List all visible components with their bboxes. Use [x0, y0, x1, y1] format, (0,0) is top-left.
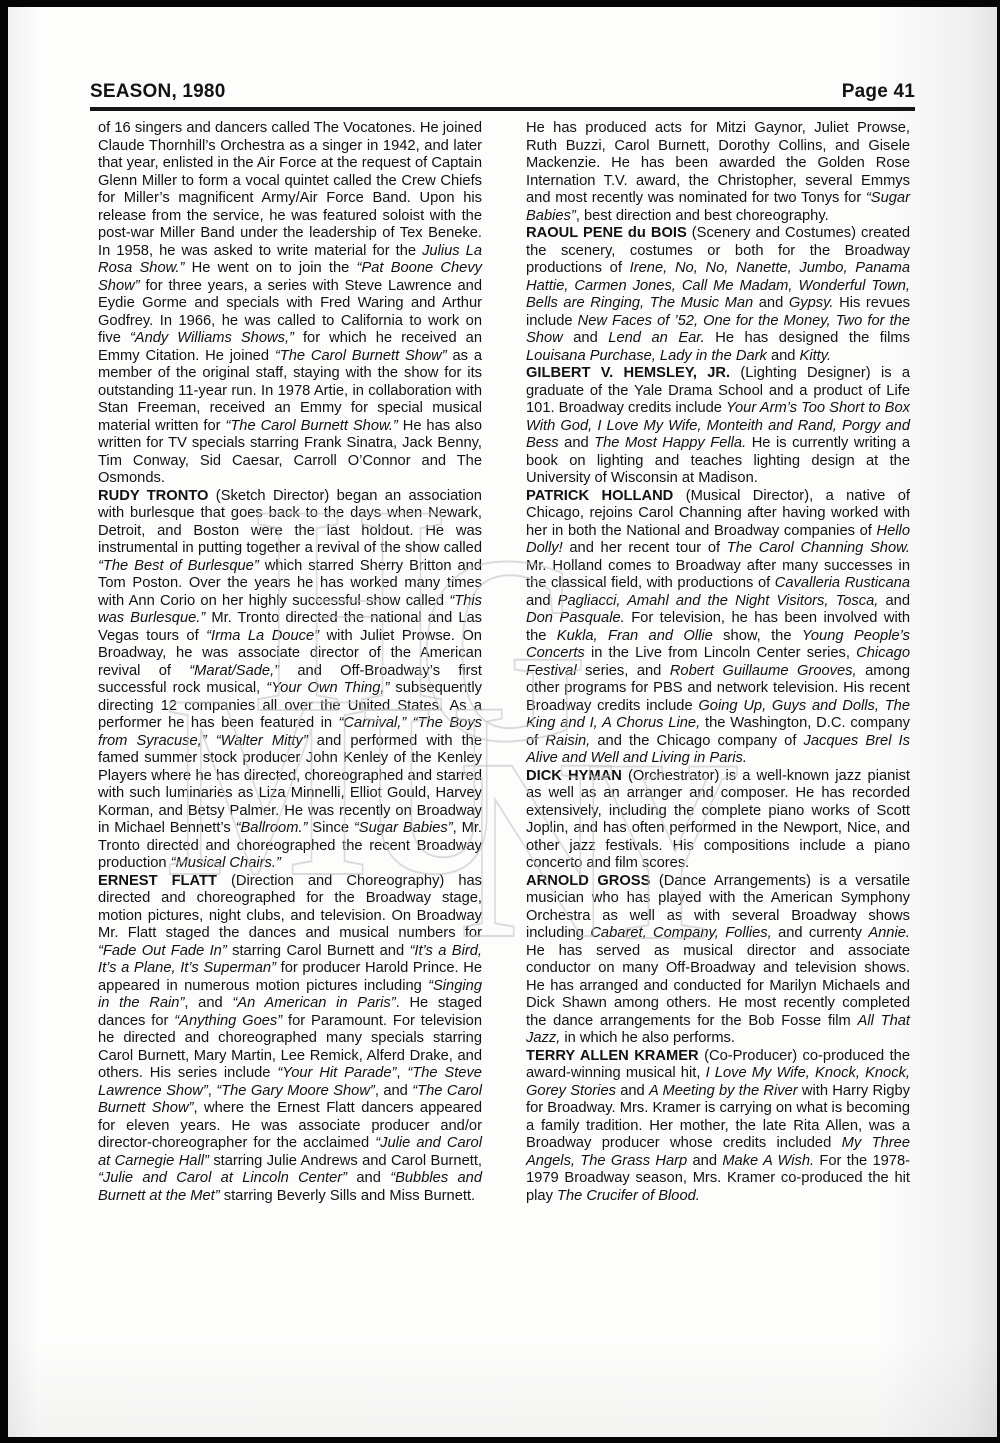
bio-text: “An American in Paris” [232, 995, 395, 1011]
bio-name: ERNEST FLATT [98, 873, 217, 889]
bio-text: starring Julie Andrews and Carol Burnett… [209, 1153, 482, 1169]
bio-text: , best direction and best choreography. [576, 208, 829, 224]
bio-name: TERRY ALLEN KRAMER [526, 1048, 699, 1064]
page-header: SEASON, 1980 Page 41 [90, 69, 915, 111]
bio-text: , and [184, 995, 232, 1011]
bio-text: Pagliacci, Amahl and the Night Visitors,… [558, 593, 879, 609]
bio-text: , [208, 1083, 217, 1099]
bio-name: RUDY TRONTO [98, 488, 208, 504]
season-title: SEASON, 1980 [90, 81, 225, 103]
bio-text: “Ballroom.” [236, 820, 308, 836]
bio-name: RAOUL PENE du BOIS [526, 225, 687, 241]
bio-text: He has served as musical director and as… [526, 943, 910, 1029]
bio-name: ARNOLD GROSS [526, 873, 650, 889]
bio-text: and [559, 435, 595, 451]
bio-text: , and [375, 1083, 412, 1099]
text-columns: of 16 singers and dancers called The Voc… [98, 120, 910, 1205]
bio-text: and [526, 593, 558, 609]
bio-text: Don Pasquale. [526, 610, 625, 626]
bio-paragraph: RUDY TRONTO (Sketch Director) began an a… [98, 488, 482, 873]
bio-paragraph: RAOUL PENE du BOIS (Scenery and Costumes… [526, 225, 910, 365]
bio-text: in the Live from Lincoln Center series, [585, 645, 856, 661]
bio-text: “Anything Goes” [174, 1013, 282, 1029]
bio-text: and [687, 1153, 722, 1169]
bio-text: “Fade Out Fade In” [98, 943, 227, 959]
bio-text: of 16 singers and dancers called The Voc… [98, 120, 482, 259]
scanned-program-page: { "header": { "left": "SEASON, 1980", "r… [0, 0, 1000, 1443]
bio-text: Make A Wish. [722, 1153, 814, 1169]
bio-text: , [396, 1065, 407, 1081]
bio-paragraph: TERRY ALLEN KRAMER (Co-Producer) co-prod… [526, 1048, 910, 1206]
bio-text: Robert Guillaume Grooves, [670, 663, 857, 679]
bio-text: A Meeting by the River [649, 1083, 798, 1099]
bio-text: He went on to join the [184, 260, 356, 276]
left-column: of 16 singers and dancers called The Voc… [98, 120, 482, 1205]
bio-text: and [767, 348, 800, 364]
bio-paragraph: of 16 singers and dancers called The Voc… [98, 120, 482, 488]
bio-paragraph: GILBERT V. HEMSLEY, JR. (Lighting Design… [526, 365, 910, 488]
bio-text: “Andy Williams Shows,” [130, 330, 294, 346]
bio-text: “The Gary Moore Show” [216, 1083, 375, 1099]
bio-text: starring Carol Burnett and [227, 943, 410, 959]
bio-text: Lend an Ear. [608, 330, 704, 346]
bio-text: Louisana Purchase, Lady in the Dark [526, 348, 767, 364]
bio-text: The Crucifer of Blood. [557, 1188, 700, 1204]
bio-text: in which he also performs. [560, 1030, 735, 1046]
bio-text: and [878, 593, 910, 609]
bio-text: and her recent tour of [563, 540, 727, 556]
bio-text: Kukla, Fran and Ollie [557, 628, 713, 644]
right-column: He has produced acts for Mitzi Gaynor, J… [526, 120, 910, 1205]
bio-text: series, and [577, 663, 670, 679]
bio-text: Gypsy. [789, 295, 834, 311]
bio-text: “Your Own Thing,” [266, 680, 389, 696]
bio-text: “Julie and Carol at Lincoln Center” [98, 1170, 347, 1186]
bio-text: starring Beverly Sills and Miss Burnett. [220, 1188, 476, 1204]
program-page: SEASON, 1980 Page 41 of 16 singers and d… [8, 7, 997, 1437]
bio-paragraph: DICK HYMAN (Orchestrator) is a well-know… [526, 768, 910, 873]
bio-text: and [347, 1170, 390, 1186]
bio-text: Raisin, [545, 733, 590, 749]
bio-text: The Carol Channing Show. [727, 540, 910, 556]
bio-text: He has designed the films [705, 330, 910, 346]
bio-text: “Sugar Babies” [354, 820, 453, 836]
bio-text: The Most Happy Fella. [594, 435, 746, 451]
bio-text: and the Chicago company of [590, 733, 803, 749]
bio-paragraph: He has produced acts for Mitzi Gaynor, J… [526, 120, 910, 225]
bio-text: “The Carol Burnett Show” [275, 348, 447, 364]
scan-black-border: SEASON, 1980 Page 41 of 16 singers and d… [0, 0, 1000, 1443]
bio-text: Cavalleria Rusticana [775, 575, 910, 591]
bio-text: show, the [713, 628, 802, 644]
bio-text: Annie. [868, 925, 910, 941]
bio-paragraph: PATRICK HOLLAND (Musical Director), a na… [526, 488, 910, 768]
bio-name: GILBERT V. HEMSLEY, JR. [526, 365, 730, 381]
bio-text: “Irma La Douce” [206, 628, 319, 644]
bio-text: Kitty. [800, 348, 832, 364]
bio-text: He has produced acts for Mitzi Gaynor, J… [526, 120, 910, 206]
bio-text: and [616, 1083, 649, 1099]
bio-paragraph: ERNEST FLATT (Direction and Choreography… [98, 873, 482, 1206]
bio-text: and [563, 330, 609, 346]
bio-text: and currenty [772, 925, 869, 941]
bio-text: and [753, 295, 789, 311]
bio-name: PATRICK HOLLAND [526, 488, 673, 504]
bio-text: Since [307, 820, 353, 836]
bio-name: DICK HYMAN [526, 768, 622, 784]
page-number: Page 41 [842, 81, 915, 103]
bio-text: “Marat/Sade,” [189, 663, 279, 679]
bio-text: Cabaret, Company, Follies, [590, 925, 771, 941]
bio-text: “Your Hit Parade” [277, 1065, 396, 1081]
bio-text: “The Best of Burlesque” [98, 558, 259, 574]
bio-paragraph: ARNOLD GROSS (Dance Arrangements) is a v… [526, 873, 910, 1048]
bio-text: “The Carol Burnett Show.” [225, 418, 397, 434]
bio-text: “Musical Chairs.” [171, 855, 281, 871]
